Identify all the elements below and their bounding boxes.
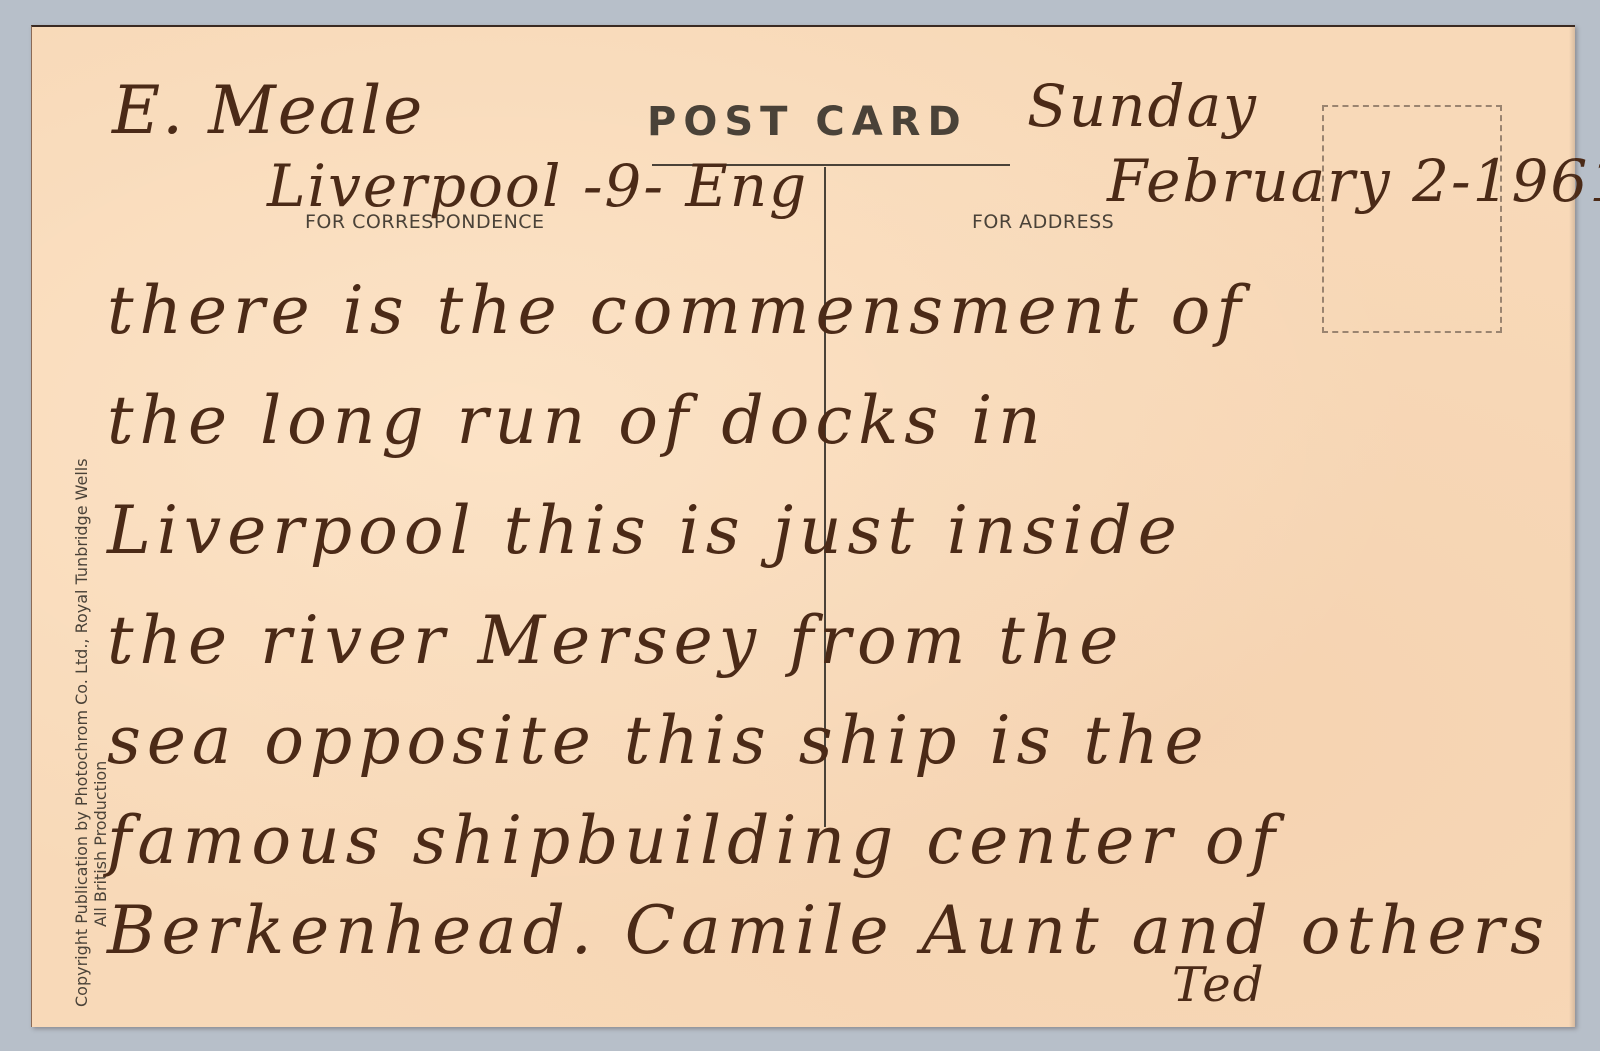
handwritten-line-2: the long run of docks in bbox=[107, 382, 1047, 459]
handwritten-date: February 2-1961 bbox=[1107, 147, 1600, 215]
postcard-title: POST CARD bbox=[647, 99, 968, 145]
handwritten-line-3: Liverpool this is just inside bbox=[107, 492, 1183, 569]
handwritten-line-6: famous shipbuilding center of bbox=[107, 802, 1281, 879]
address-label: FOR ADDRESS bbox=[972, 211, 1114, 233]
handwritten-day: Sunday bbox=[1027, 72, 1258, 140]
handwritten-line-1: there is the commensment of bbox=[107, 272, 1247, 349]
publisher-imprint: Copyright Publication by Photochrom Co. … bbox=[72, 458, 110, 1007]
stamp-placement-box bbox=[1322, 105, 1502, 333]
postcard-back: POST CARD FOR CORRESPONDENCE FOR ADDRESS… bbox=[31, 25, 1575, 1027]
handwritten-sender-name: E. Meale bbox=[112, 72, 424, 149]
handwritten-line-4: the river Mersey from the bbox=[107, 602, 1124, 679]
handwritten-signature: Ted bbox=[1172, 957, 1265, 1013]
card-edge-shadow bbox=[1569, 27, 1575, 1027]
imprint-line-1: Copyright Publication by Photochrom Co. … bbox=[72, 458, 91, 1007]
handwritten-line-7: Berkenhead. Camile Aunt and others bbox=[107, 892, 1550, 969]
handwritten-line-5: sea opposite this ship is the bbox=[107, 702, 1210, 779]
handwritten-place: Liverpool -9- Eng bbox=[267, 152, 808, 220]
